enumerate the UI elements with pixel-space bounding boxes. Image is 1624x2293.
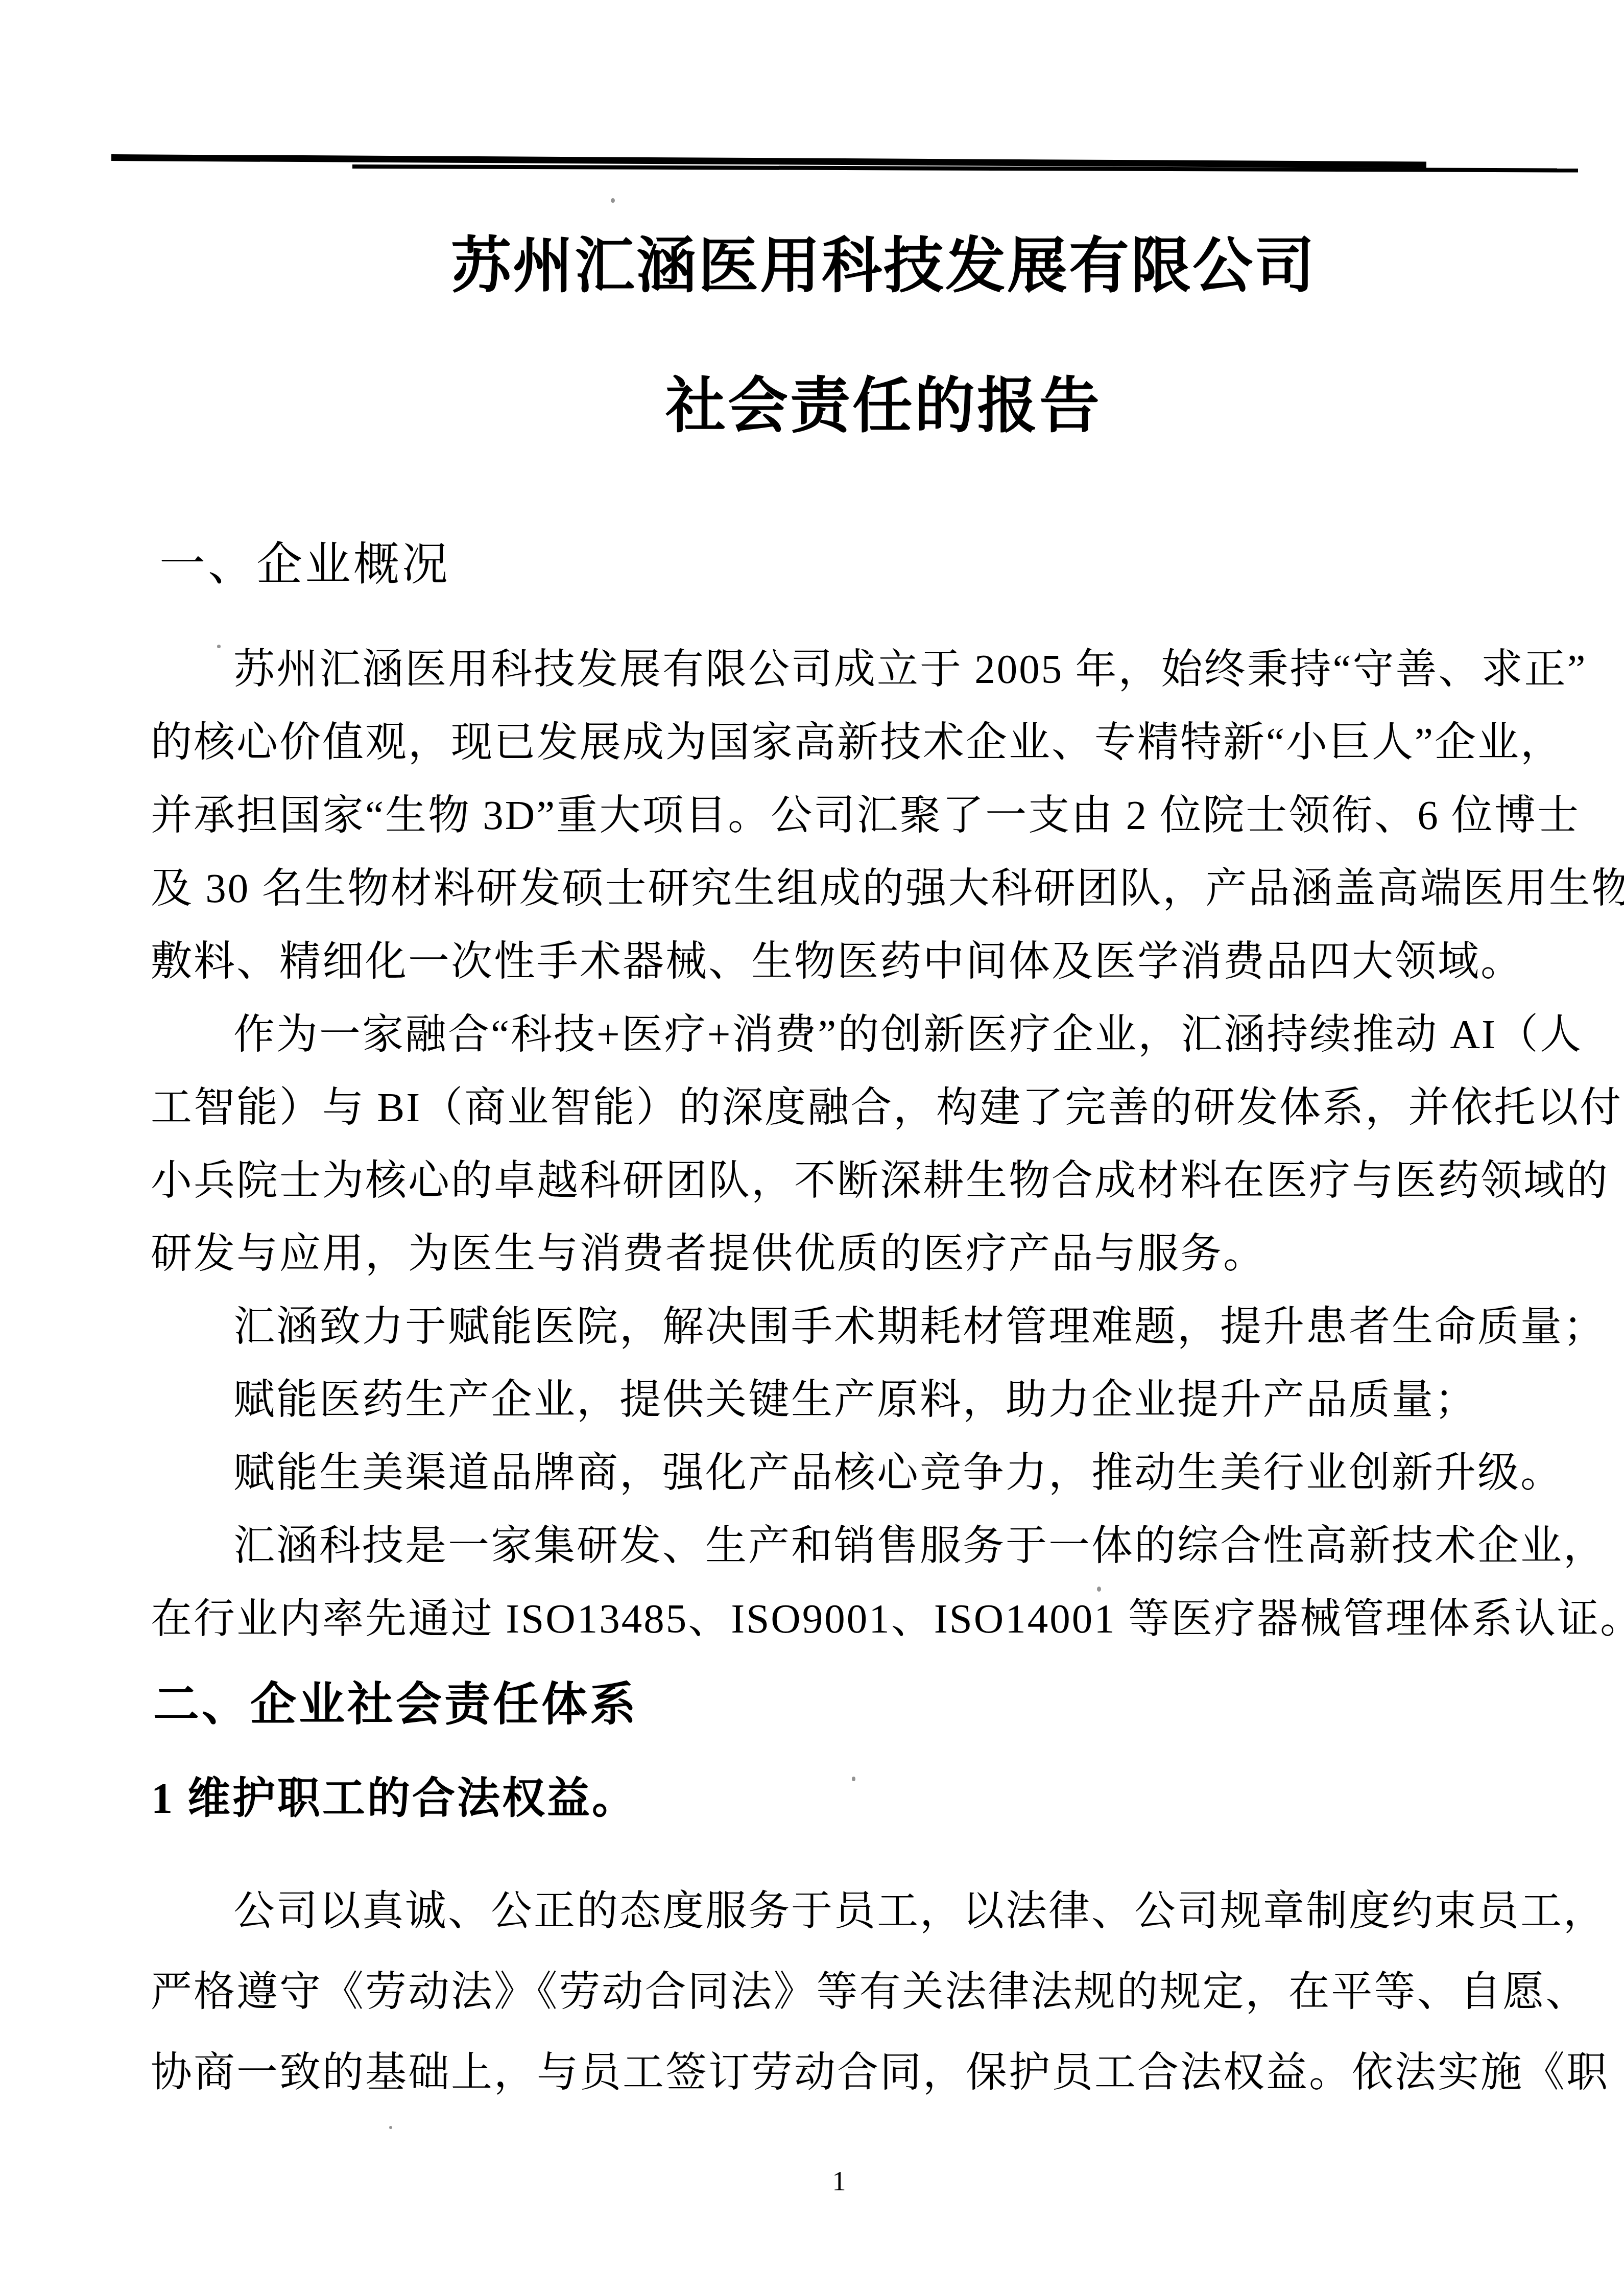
body-line: 及 30 名生物材料研发硕士研究生组成的强大科研团队，产品涵盖高端医用生物 [151,852,1509,925]
body-line: 赋能医药生产企业，提供关键生产原料，助力企业提升产品质量； [151,1363,1509,1436]
section-heading-company-overview: 一、企业概况 [159,537,450,593]
document-subtitle: 社会责任的报告 [0,369,1624,444]
body-line: 赋能生美渠道品牌商，强化产品核心竞争力，推动生美行业创新升级。 [151,1436,1509,1509]
body-line: 小兵院士为核心的卓越科研团队，不断深耕生物合成材料在医疗与医药领域的 [151,1144,1509,1217]
body-line: 公司以真诚、公正的态度服务于员工，以法律、公司规章制度约束员工， [151,1871,1509,1951]
page-number: 1 [0,2165,1624,2198]
body-line: 作为一家融合“科技+医疗+消费”的创新医疗企业，汇涵持续推动 AI（人 [151,998,1509,1071]
section-heading-csr-system: 二、企业社会责任体系 [153,1677,638,1733]
subsection-heading-employee-rights: 1 维护职工的合法权益。 [151,1774,637,1825]
scan-noise-speck [217,645,221,648]
paragraph-block-employee-rights: 公司以真诚、公正的态度服务于员工，以法律、公司规章制度约束员工， 严格遵守《劳动… [151,1871,1509,2113]
body-line: 的核心价值观，现已发展成为国家高新技术企业、专精特新“小巨人”企业， [151,706,1509,779]
body-line: 汇涵科技是一家集研发、生产和销售服务于一体的综合性高新技术企业， [151,1509,1509,1582]
body-line: 汇涵致力于赋能医院，解决围手术期耗材管理难题，提升患者生命质量； [151,1290,1509,1363]
scan-noise-speck [611,198,615,203]
body-line: 协商一致的基础上，与员工签订劳动合同，保护员工合法权益。依法实施《职 [151,2032,1509,2113]
body-line: 严格遵守《劳动法》《劳动合同法》等有关法律法规的规定，在平等、自愿、 [151,1951,1509,2032]
document-page: 苏州汇涵医用科技发展有限公司 社会责任的报告 一、企业概况 苏州汇涵医用科技发展… [0,0,1624,2293]
body-line: 工智能）与 BI（商业智能）的深度融合，构建了完善的研发体系，并依托以付 [151,1071,1509,1144]
scan-noise-speck [852,1777,855,1781]
document-title: 苏州汇涵医用科技发展有限公司 [0,229,1624,304]
body-line: 并承担国家“生物 3D”重大项目。公司汇聚了一支由 2 位院士领衔、6 位博士 [151,779,1509,852]
scan-noise-speck [389,2126,392,2129]
body-line: 在行业内率先通过 ISO13485、ISO9001、ISO14001 等医疗器械… [151,1582,1509,1656]
scan-noise-speck [1097,1587,1101,1592]
body-line: 苏州汇涵医用科技发展有限公司成立于 2005 年，始终秉持“守善、求正” [151,633,1509,706]
paragraph-block-overview: 苏州汇涵医用科技发展有限公司成立于 2005 年，始终秉持“守善、求正” 的核心… [151,633,1509,1656]
body-line: 研发与应用，为医生与消费者提供优质的医疗产品与服务。 [151,1217,1509,1290]
body-line: 敷料、精细化一次性手术器械、生物医药中间体及医学消费品四大领域。 [151,925,1509,998]
